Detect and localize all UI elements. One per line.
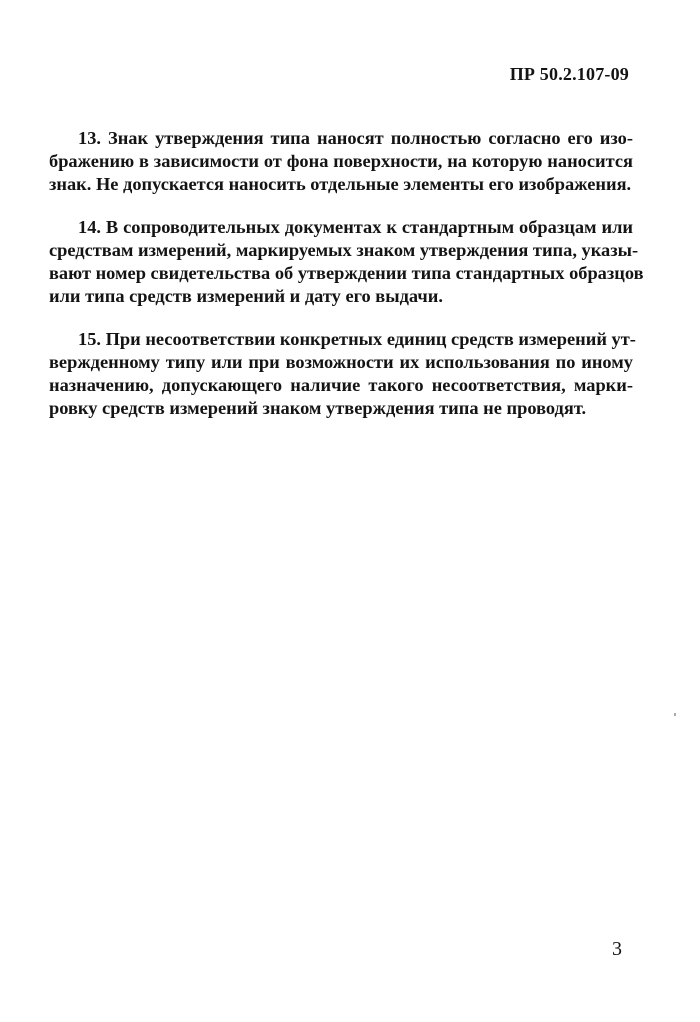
paragraph-line: вержденному типу или при возможности их … bbox=[49, 351, 633, 374]
paragraph-line: 15. При несоответствии конкретных единиц… bbox=[49, 328, 633, 351]
document-code: ПР 50.2.107-09 bbox=[510, 64, 629, 85]
paragraph-line: или типа средств измерений и дату его вы… bbox=[49, 285, 633, 308]
paragraph-line: средствам измерений, маркируемых знаком … bbox=[49, 239, 633, 262]
paragraph-line: назначению, допускающего наличие такого … bbox=[49, 374, 633, 397]
paragraph-13: 13. Знак утверждения типа наносят полнос… bbox=[49, 127, 633, 196]
paragraph-line: 14. В сопроводительных документах к стан… bbox=[49, 216, 633, 239]
page-number: 3 bbox=[612, 938, 622, 961]
document-page: ПР 50.2.107-09 13. Знак утверждения типа… bbox=[0, 0, 700, 1022]
paragraph-line: 13. Знак утверждения типа наносят полнос… bbox=[49, 127, 633, 150]
paragraph-15: 15. При несоответствии конкретных единиц… bbox=[49, 328, 633, 420]
paragraph-line: ровку средств измерений знаком утвержден… bbox=[49, 397, 633, 420]
body-text: 13. Знак утверждения типа наносят полнос… bbox=[49, 127, 633, 440]
scan-artifact bbox=[674, 713, 676, 716]
paragraph-line: вают номер свидетельства об утверждении … bbox=[49, 262, 633, 285]
paragraph-line: знак. Не допускается наносить отдельные … bbox=[49, 173, 633, 196]
paragraph-line: бражению в зависимости от фона поверхнос… bbox=[49, 150, 633, 173]
paragraph-14: 14. В сопроводительных документах к стан… bbox=[49, 216, 633, 308]
